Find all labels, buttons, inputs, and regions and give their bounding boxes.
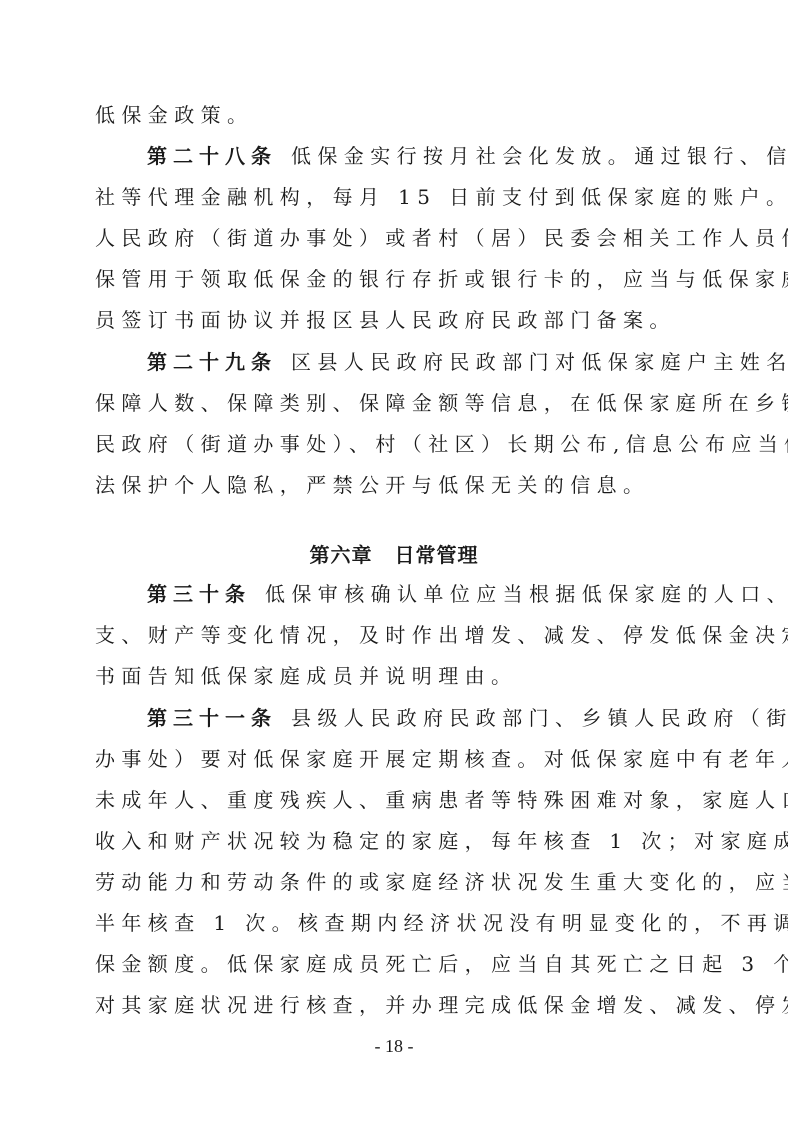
article-28-text: 低保金实行按月社会化发放。通过银行、信用 xyxy=(291,144,788,168)
text-line: 对其家庭状况进行核查，并办理完成低保金增发、减发、停发等 xyxy=(95,991,685,1019)
text-line: 人民政府（街道办事处）或者村（居）民委会相关工作人员代为 xyxy=(95,224,685,252)
text-line: 保管用于领取低保金的银行存折或银行卡的，应当与低保家庭成 xyxy=(95,265,685,293)
text-line: 未成年人、重度残疾人、重病患者等特殊困难对象，家庭人口、 xyxy=(95,786,685,814)
article-28-first-line: 第二十八条低保金实行按月社会化发放。通过银行、信用 xyxy=(147,142,687,170)
text-line: 办事处）要对低保家庭开展定期核查。对低保家庭中有老年人、 xyxy=(95,745,685,773)
text-line: 收入和财产状况较为稳定的家庭，每年核查 1 次；对家庭成员有 xyxy=(95,827,685,855)
text-line: 法保护个人隐私，严禁公开与低保无关的信息。 xyxy=(95,471,685,499)
chapter-heading: 第六章日常管理 xyxy=(0,539,788,568)
article-29-text: 区县人民政府民政部门对低保家庭户主姓名、 xyxy=(291,350,788,374)
article-30-first-line: 第三十条低保审核确认单位应当根据低保家庭的人口、收 xyxy=(147,580,687,608)
article-29-first-line: 第二十九条区县人民政府民政部门对低保家庭户主姓名、 xyxy=(147,348,687,376)
text-line: 低保金政策。 xyxy=(95,101,685,129)
text-line: 保障人数、保障类别、保障金额等信息，在低保家庭所在乡镇人 xyxy=(95,389,685,417)
article-28-label: 第二十八条 xyxy=(147,144,277,168)
article-31-first-line: 第三十一条县级人民政府民政部门、乡镇人民政府（街道 xyxy=(147,704,687,732)
text-line: 劳动能力和劳动条件的或家庭经济状况发生重大变化的，应当每 xyxy=(95,868,685,896)
chapter-title: 日常管理 xyxy=(395,543,479,567)
article-31-label: 第三十一条 xyxy=(147,706,277,730)
text-line: 支、财产等变化情况，及时作出增发、减发、停发低保金决定， xyxy=(95,621,685,649)
document-page: 低保金政策。 第二十八条低保金实行按月社会化发放。通过银行、信用 社等代理金融机… xyxy=(0,0,788,1122)
text-line: 社等代理金融机构，每月 15 日前支付到低保家庭的账户。乡镇 xyxy=(95,183,685,211)
chapter-number: 第六章 xyxy=(310,543,373,567)
text-line: 半年核查 1 次。核查期内经济状况没有明显变化的，不再调整低 xyxy=(95,909,685,937)
article-29-label: 第二十九条 xyxy=(147,350,277,374)
page-number: - 18 - xyxy=(0,1036,788,1057)
text-line: 民政府（街道办事处）、村（社区）长期公布,信息公布应当依 xyxy=(95,430,685,458)
article-31-text: 县级人民政府民政部门、乡镇人民政府（街道 xyxy=(291,706,788,730)
article-30-label: 第三十条 xyxy=(147,582,251,606)
text-line: 保金额度。低保家庭成员死亡后，应当自其死亡之日起 3 个月内 xyxy=(95,950,685,978)
article-30-text: 低保审核确认单位应当根据低保家庭的人口、收 xyxy=(265,582,788,606)
text-line: 书面告知低保家庭成员并说明理由。 xyxy=(95,662,685,690)
text-line: 员签订书面协议并报区县人民政府民政部门备案。 xyxy=(95,306,685,334)
